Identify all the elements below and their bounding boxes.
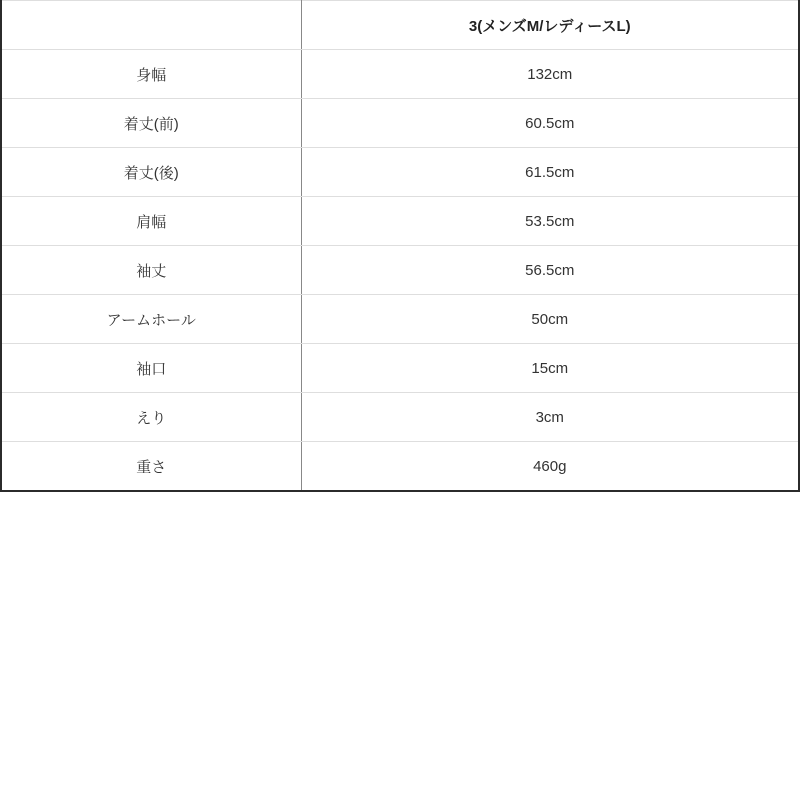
table-row: 着丈(後) 61.5cm [1, 148, 799, 197]
size-chart-table: 3(メンズM/レディースL) 身幅 132cm 着丈(前) 60.5cm 着丈(… [0, 0, 800, 492]
size-column-header: 3(メンズM/レディースL) [301, 1, 799, 50]
measurement-value: 61.5cm [301, 148, 799, 197]
measurement-label: 着丈(前) [1, 99, 301, 148]
measurement-value: 15cm [301, 344, 799, 393]
measurement-value: 3cm [301, 393, 799, 442]
measurement-value: 53.5cm [301, 197, 799, 246]
measurement-label: 身幅 [1, 50, 301, 99]
header-row: 3(メンズM/レディースL) [1, 1, 799, 50]
table-row: 袖丈 56.5cm [1, 246, 799, 295]
corner-cell [1, 1, 301, 50]
table-row: 着丈(前) 60.5cm [1, 99, 799, 148]
table-row: 肩幅 53.5cm [1, 197, 799, 246]
table-row: 身幅 132cm [1, 50, 799, 99]
measurement-label: 袖口 [1, 344, 301, 393]
measurement-label: 肩幅 [1, 197, 301, 246]
measurement-label: 袖丈 [1, 246, 301, 295]
measurement-value: 60.5cm [301, 99, 799, 148]
measurement-label: アームホール [1, 295, 301, 344]
measurement-label: えり [1, 393, 301, 442]
measurement-label: 重さ [1, 442, 301, 492]
table-row: 袖口 15cm [1, 344, 799, 393]
measurement-label: 着丈(後) [1, 148, 301, 197]
table-row: アームホール 50cm [1, 295, 799, 344]
measurement-value: 132cm [301, 50, 799, 99]
table-row: えり 3cm [1, 393, 799, 442]
measurement-value: 56.5cm [301, 246, 799, 295]
table-row: 重さ 460g [1, 442, 799, 492]
measurement-value: 50cm [301, 295, 799, 344]
measurement-value: 460g [301, 442, 799, 492]
